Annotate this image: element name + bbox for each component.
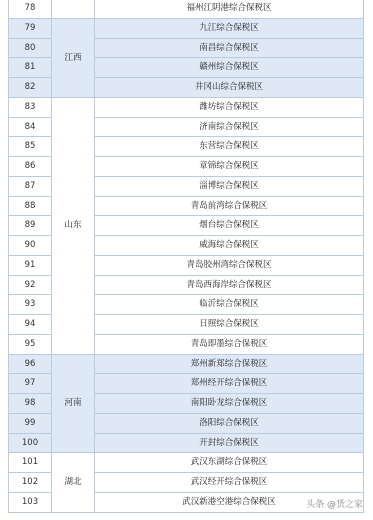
zone-name: 武汉东湖综合保税区 — [95, 453, 364, 473]
province-cell — [52, 0, 95, 18]
watermark: 头条 @货之家 — [306, 497, 363, 510]
zone-name: 章锦综合保税区 — [95, 157, 364, 177]
table-body: 78福州江阴港综合保税区79江西九江综合保税区80南昌综合保税区81赣州综合保税… — [9, 0, 364, 512]
province-cell: 江西 — [52, 18, 95, 97]
row-number: 78 — [9, 0, 52, 18]
row-number: 102 — [9, 473, 52, 493]
zone-name: 南昌综合保税区 — [95, 38, 364, 58]
zone-name: 临沂综合保税区 — [95, 295, 364, 315]
province-cell: 湖北 — [52, 453, 95, 512]
zone-name: 赣州综合保税区 — [95, 58, 364, 78]
zone-name: 井冈山综合保税区 — [95, 78, 364, 98]
province-cell: 河南 — [52, 354, 95, 453]
zone-name: 威海综合保税区 — [95, 236, 364, 256]
zone-name: 青岛西海岸综合保税区 — [95, 275, 364, 295]
row-number: 93 — [9, 295, 52, 315]
table-row: 101湖北武汉东湖综合保税区 — [9, 453, 364, 473]
zone-name: 南阳卧龙综合保税区 — [95, 394, 364, 414]
zone-name: 武汉经开综合保税区 — [95, 473, 364, 493]
row-number: 91 — [9, 255, 52, 275]
table-row: 79江西九江综合保税区 — [9, 18, 364, 38]
row-number: 84 — [9, 117, 52, 137]
zone-name: 九江综合保税区 — [95, 18, 364, 38]
row-number: 86 — [9, 157, 52, 177]
row-number: 92 — [9, 275, 52, 295]
row-number: 95 — [9, 334, 52, 354]
row-number: 94 — [9, 315, 52, 335]
zone-name: 日照综合保税区 — [95, 315, 364, 335]
zone-name: 郑州新郑综合保税区 — [95, 354, 364, 374]
row-number: 88 — [9, 196, 52, 216]
row-number: 97 — [9, 374, 52, 394]
zone-name: 青岛即墨综合保税区 — [95, 334, 364, 354]
zone-name: 烟台综合保税区 — [95, 216, 364, 236]
table-row: 96河南郑州新郑综合保税区 — [9, 354, 364, 374]
zone-name: 开封综合保税区 — [95, 433, 364, 453]
zone-name: 淄博综合保税区 — [95, 176, 364, 196]
row-number: 103 — [9, 492, 52, 512]
row-number: 87 — [9, 176, 52, 196]
row-number: 101 — [9, 453, 52, 473]
table-row: 78福州江阴港综合保税区 — [9, 0, 364, 18]
row-number: 83 — [9, 97, 52, 117]
row-number: 98 — [9, 394, 52, 414]
zone-name: 济南综合保税区 — [95, 117, 364, 137]
table-row: 83山东潍坊综合保税区 — [9, 97, 364, 117]
row-number: 89 — [9, 216, 52, 236]
row-number: 99 — [9, 413, 52, 433]
zone-name: 潍坊综合保税区 — [95, 97, 364, 117]
zone-name: 东营综合保税区 — [95, 137, 364, 157]
zone-name: 郑州经开综合保税区 — [95, 374, 364, 394]
zone-name: 洛阳综合保税区 — [95, 413, 364, 433]
row-number: 100 — [9, 433, 52, 453]
row-number: 90 — [9, 236, 52, 256]
row-number: 79 — [9, 18, 52, 38]
zone-name: 青岛前湾综合保税区 — [95, 196, 364, 216]
row-number: 80 — [9, 38, 52, 58]
row-number: 81 — [9, 58, 52, 78]
row-number: 96 — [9, 354, 52, 374]
zone-name: 青岛胶州湾综合保税区 — [95, 255, 364, 275]
province-cell: 山东 — [52, 97, 95, 354]
zone-name: 福州江阴港综合保税区 — [95, 0, 364, 18]
bonded-zone-table: 78福州江阴港综合保税区79江西九江综合保税区80南昌综合保税区81赣州综合保税… — [8, 0, 364, 513]
row-number: 85 — [9, 137, 52, 157]
row-number: 82 — [9, 78, 52, 98]
